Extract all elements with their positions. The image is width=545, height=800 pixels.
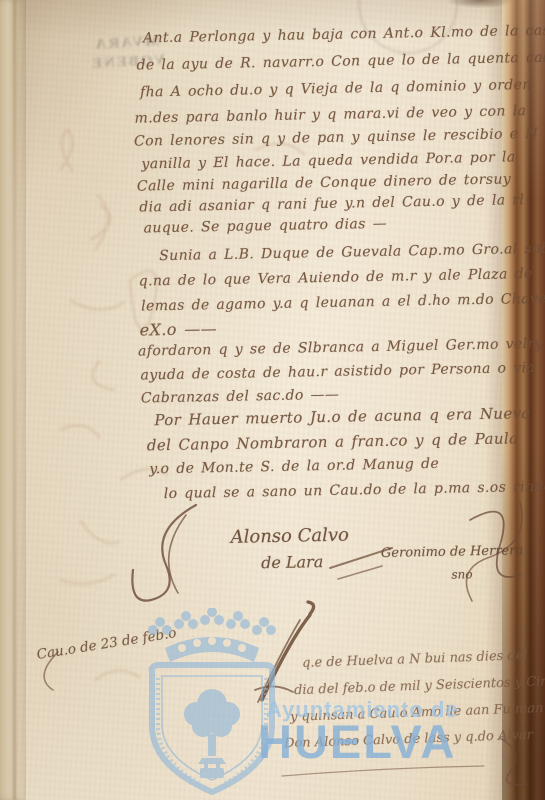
right-rubric-flourish bbox=[470, 512, 520, 577]
large-ink-stroke-over-crown bbox=[262, 602, 314, 700]
bottom-underline-stroke bbox=[282, 766, 484, 776]
ink-flourishes bbox=[0, 0, 545, 800]
margin-note-flourish bbox=[44, 652, 58, 690]
bottom-right-flourish bbox=[500, 738, 528, 785]
manuscript-page-scan: MVARA VOBENE Ant.a Perlonga y hau baja c… bbox=[0, 0, 545, 800]
rubric-strokes bbox=[44, 502, 528, 785]
cross-slash-mark bbox=[330, 548, 392, 568]
left-rubric-flourish bbox=[132, 505, 196, 601]
